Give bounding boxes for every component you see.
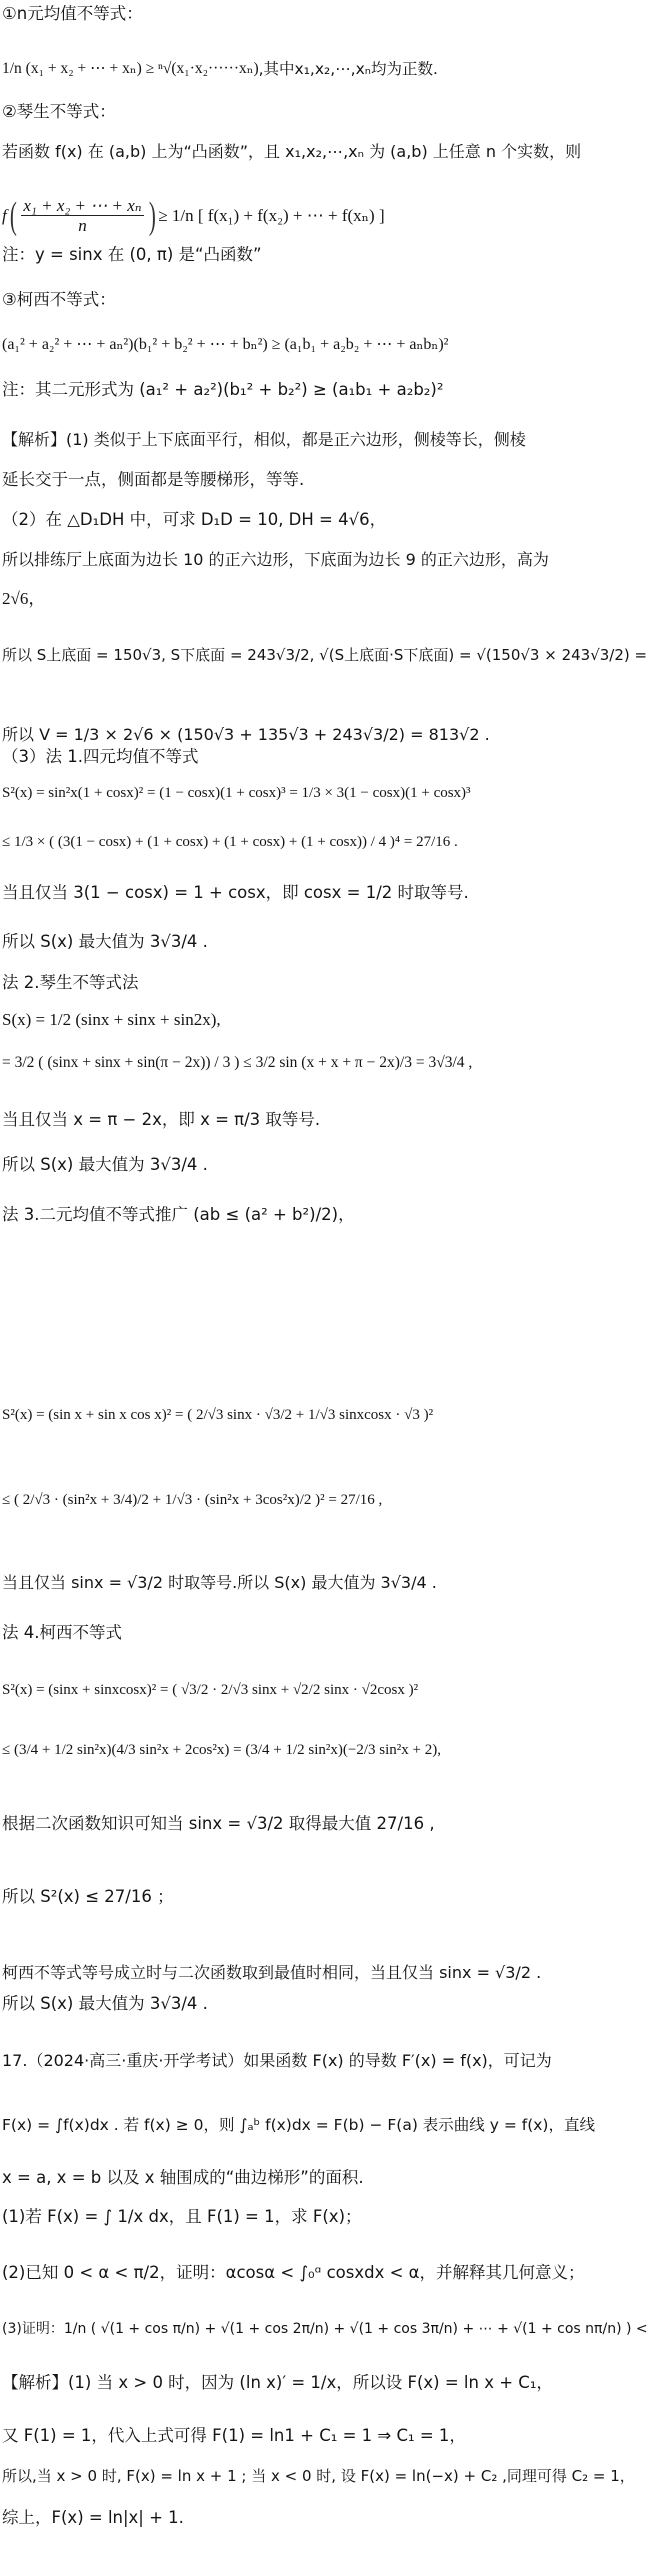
section-title-cauchy: ③柯西不等式： bbox=[2, 289, 116, 311]
method4-title: 法 4.柯西不等式 bbox=[2, 1622, 122, 1644]
jensen-num: x₁ + x₂ + ⋯ + xₙ bbox=[21, 196, 143, 216]
question17-part1: (1)若 F(x) = ∫ 1/x dx，且 F(1) = 1，求 F(x)； bbox=[2, 2206, 362, 2228]
jensen-den: n bbox=[76, 216, 89, 235]
jensen-formula: f ( x₁ + x₂ + ⋯ + xₙ n ) ≥ 1/n [ f(x₁) +… bbox=[2, 196, 385, 235]
method1-eq2: ≤ 1/3 × ( (3(1 − cosx) + (1 + cosx) + (1… bbox=[2, 831, 458, 853]
section-title-jensen: ②琴生不等式： bbox=[2, 101, 116, 123]
answer17-line3: 所以,当 x > 0 时, F(x) = ln x + 1 ; 当 x < 0 … bbox=[2, 2465, 635, 2487]
section-title-amgm: ①n元均值不等式： bbox=[2, 3, 143, 25]
method1-result: 所以 S(x) 最大值为 3√3/4 . bbox=[2, 931, 208, 953]
jensen-rhs: ≥ 1/n [ f(x₁) + f(x₂) + ⋯ + f(xₙ) ] bbox=[158, 205, 384, 227]
solution-part2-line1: （2）在 △D₁DH 中，可求 D₁D = 10, DH = 4√6， bbox=[2, 509, 386, 531]
question17-line2: F(x) = ∫f(x)dx . 若 f(x) ≥ 0，则 ∫ₐᵇ f(x)dx… bbox=[2, 2114, 595, 2136]
method4-eq1: S²(x) = (sinx + sinxcosx)² = ( √3/2 · 2/… bbox=[2, 1679, 418, 1701]
cauchy-formula: (a₁² + a₂² + ⋯ + aₙ²)(b₁² + b₂² + ⋯ + bₙ… bbox=[2, 334, 448, 356]
amgm-formula: 1/n (x₁ + x₂ + ⋯ + xₙ) ≥ ⁿ√(x₁·x₂······x… bbox=[2, 58, 438, 80]
method2-result: 所以 S(x) 最大值为 3√3/4 . bbox=[2, 1154, 208, 1176]
method1-equality-condition: 当且仅当 3(1 − cosx) = 1 + cosx，即 cosx = 1/2… bbox=[2, 882, 469, 904]
method3-eq1: S²(x) = (sin x + sin x cos x)² = ( 2/√3 … bbox=[2, 1404, 433, 1426]
method2-equality-condition: 当且仅当 x = π − 2x，即 x = π/3 取等号. bbox=[2, 1109, 320, 1131]
amgm-condition: ,其中x₁,x₂,⋯,xₙ均为正数. bbox=[259, 58, 438, 80]
amgm-formula-expr: 1/n (x₁ + x₂ + ⋯ + xₙ) ≥ ⁿ√(x₁·x₂······x… bbox=[2, 58, 259, 80]
method4-quadratic: 根据二次函数知识可知当 sinx = √3/2 取得最大值 27/16 , bbox=[2, 1813, 435, 1835]
method4-result: 所以 S(x) 最大值为 3√3/4 . bbox=[2, 1993, 208, 2015]
solution-volume-formula: 所以 V = 1/3 × 2√6 × (150√3 + 135√3 + 243√… bbox=[2, 724, 490, 746]
method4-eq2: ≤ (3/4 + 1/2 sin²x)(4/3 sin²x + 2cos²x) … bbox=[2, 1739, 441, 1761]
question17-line1: 17.（2024·高三·重庆·开学考试）如果函数 F(x) 的导数 F′(x) … bbox=[2, 2050, 552, 2072]
method4-bound: 所以 S²(x) ≤ 27/16 ； bbox=[2, 1886, 174, 1908]
solution-part2-line3: 2√6， bbox=[2, 588, 45, 610]
cauchy-note: 注：其二元形式为 (a₁² + a₂²)(b₁² + b₂²) ≥ (a₁b₁ … bbox=[2, 379, 443, 401]
method3-eq2: ≤ ( 2/√3 · (sin²x + 3/4)/2 + 1/√3 · (sin… bbox=[2, 1489, 382, 1511]
method2-eq2: = 3/2 ( (sinx + sinx + sin(π − 2x)) / 3 … bbox=[2, 1052, 472, 1074]
question17-line3: x = a, x = b 以及 x 轴围成的“曲边梯形”的面积. bbox=[2, 2167, 364, 2189]
jensen-intro: 若函数 f(x) 在 (a,b) 上为“凸函数”，且 x₁,x₂,⋯,xₙ 为 … bbox=[2, 141, 581, 163]
question17-part3: (3)证明：1/n ( √(1 + cos π/n) + √(1 + cos 2… bbox=[2, 2318, 652, 2340]
method3-title: 法 3.二元均值不等式推广 (ab ≤ (a² + b²)/2)， bbox=[2, 1204, 355, 1226]
method2-title: 法 2.琴生不等式法 bbox=[2, 972, 139, 994]
method2-eq1: S(x) = 1/2 (sinx + sinx + sin2x), bbox=[2, 1009, 221, 1031]
answer17-line2: 又 F(1) = 1，代入上式可得 F(1) = ln1 + C₁ = 1 ⇒ … bbox=[2, 2425, 466, 2447]
solution-part1-line2: 延长交于一点，侧面都是等腰梯形，等等. bbox=[2, 469, 304, 491]
jensen-fraction: x₁ + x₂ + ⋯ + xₙ n bbox=[21, 196, 143, 235]
question17-part2: (2)已知 0 < α < π/2，证明：αcosα < ∫₀ᵅ cosxdx … bbox=[2, 2262, 585, 2284]
answer17-line1: 【解析】(1) 当 x > 0 时，因为 (ln x)′ = 1/x，所以设 F… bbox=[2, 2372, 553, 2394]
jensen-f: f bbox=[2, 205, 7, 227]
solution-part1-line1: 【解析】(1) 类似于上下底面平行，相似，都是正六边形，侧棱等长，侧棱 bbox=[2, 429, 526, 451]
solution-part2-line2: 所以排练厅上底面为边长 10 的正六边形，下底面为边长 9 的正六边形，高为 bbox=[2, 549, 549, 571]
method1-title: （3）法 1.四元均值不等式 bbox=[2, 746, 199, 768]
method4-equality-condition: 柯西不等式等号成立时与二次函数取到最值时相同，当且仅当 sinx = √3/2 … bbox=[2, 1962, 541, 1984]
jensen-note: 注：y = sinx 在 (0, π) 是“凸函数” bbox=[2, 244, 262, 266]
method3-equality-condition: 当且仅当 sinx = √3/2 时取等号.所以 S(x) 最大值为 3√3/4… bbox=[2, 1572, 437, 1594]
method1-eq1: S²(x) = sin²x(1 + cosx)² = (1 − cosx)(1 … bbox=[2, 782, 471, 804]
solution-area-formula: 所以 S上底面 = 150√3, S下底面 = 243√3/2, √(S上底面·… bbox=[2, 644, 652, 666]
answer17-line4: 综上，F(x) = ln|x| + 1. bbox=[2, 2507, 184, 2529]
